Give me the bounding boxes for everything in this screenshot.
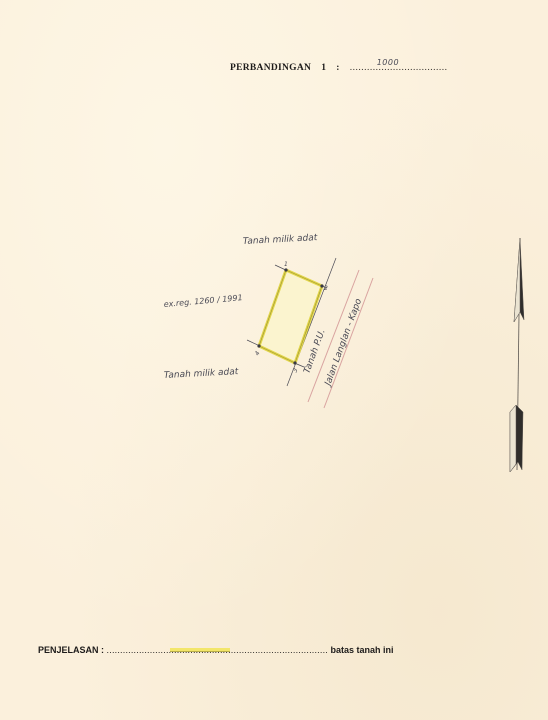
- legend-line: PENJELASAN : ...........................…: [38, 645, 394, 655]
- corner-3-marker: [293, 361, 296, 364]
- north-neighbor-label: Tanah milik adat: [243, 233, 318, 247]
- legend-description: batas tanah ini: [331, 645, 394, 655]
- corner-4-marker: [257, 344, 260, 347]
- corner-1-marker: [284, 268, 287, 271]
- parcel-ref-label: ex.reg. 1260 / 1991: [163, 293, 243, 309]
- parcel-sketch: Tanah milik adat ex.reg. 1260 / 1991 Tan…: [0, 0, 548, 720]
- legend-label: PENJELASAN: [38, 645, 99, 655]
- corner-4-label: 4: [254, 350, 262, 357]
- survey-map-page: PERBANDINGAN1:..........................…: [0, 0, 548, 720]
- corner-1-label: 1: [284, 261, 288, 268]
- legend-colon: :: [101, 645, 104, 655]
- legend-swatch-field: ........................................…: [107, 645, 328, 655]
- corner-3-label: 3: [292, 367, 300, 374]
- parcel-boundary-swatch: [170, 648, 230, 652]
- north-arrow-icon: [510, 238, 524, 472]
- corner-2-label: 2: [324, 285, 328, 292]
- south-neighbor-label: Tanah milik adat: [164, 367, 239, 381]
